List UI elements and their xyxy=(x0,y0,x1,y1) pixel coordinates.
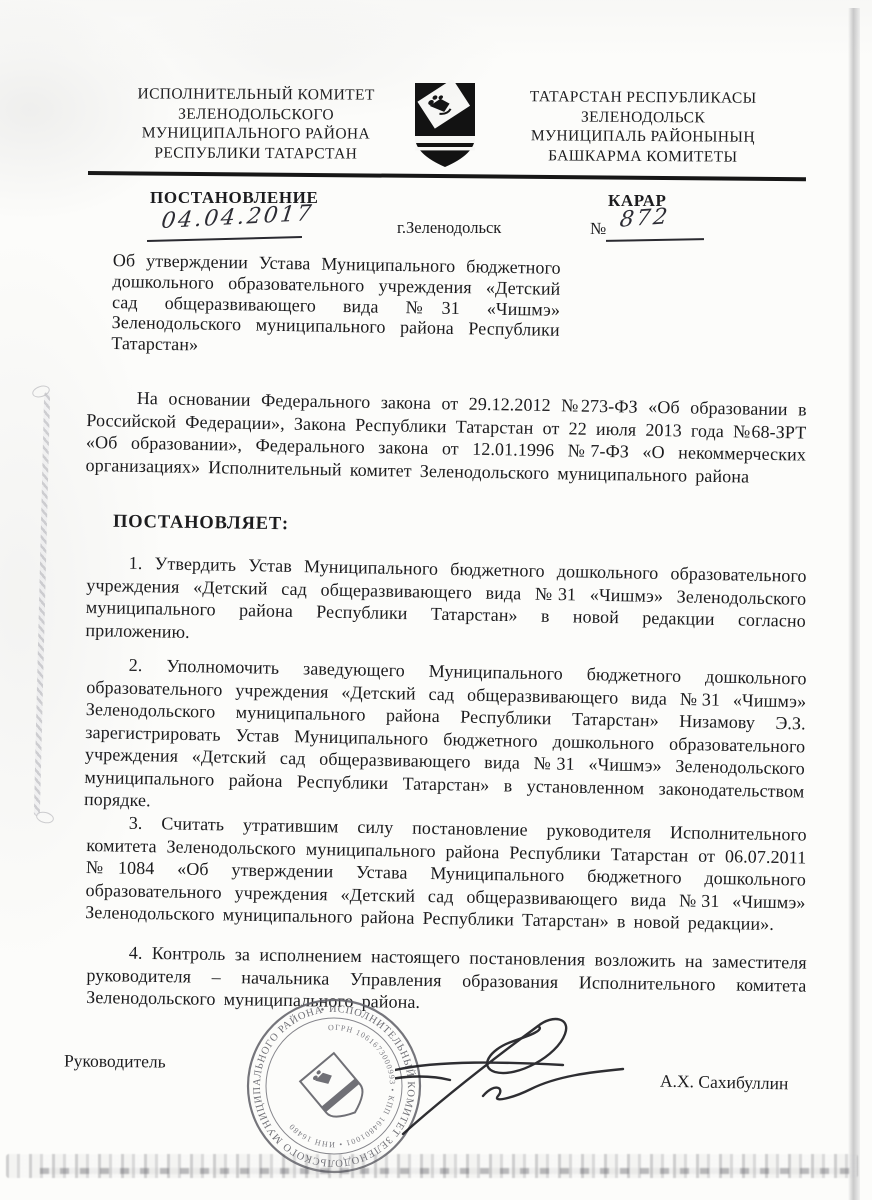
right-edge-scan-shadow xyxy=(848,8,860,1200)
number-underline xyxy=(606,238,704,242)
coat-of-arms-icon xyxy=(412,80,478,175)
signature xyxy=(395,1012,705,1152)
resolution-item-1: 1. Утвердить Устав Муниципального бюджет… xyxy=(85,551,807,655)
number-sign: № xyxy=(590,219,606,239)
bottom-scan-noise-line xyxy=(40,1168,850,1174)
signatory-position: Руководитель xyxy=(64,1050,166,1072)
resolves-heading: ПОСТАНОВЛЯЕТ: xyxy=(113,512,289,535)
preamble-paragraph: На основании Федерального закона от 29.1… xyxy=(85,386,806,489)
city-label: г.Зеленодольск xyxy=(397,218,501,238)
scanned-document-page: ИСПОЛНИТЕЛЬНЫЙ КОМИТЕТ ЗЕЛЕНОДОЛЬСКОГО М… xyxy=(0,0,872,1200)
title-paragraph: Об утверждении Устава Муниципального бюд… xyxy=(111,250,561,362)
thread-knot-bottom xyxy=(35,810,55,825)
resolution-item-4: 4. Контроль за исполнением настоящего по… xyxy=(86,941,807,1019)
date-underline xyxy=(147,236,302,242)
stamp-coat-of-arms xyxy=(300,1053,372,1126)
resolution-item-3: 3. Считать утратившим силу постановление… xyxy=(85,811,807,936)
letterhead-org-russian: ИСПОЛНИТЕЛЬНЫЙ КОМИТЕТ ЗЕЛЕНОДОЛЬСКОГО М… xyxy=(108,84,404,164)
bottom-scan-noise xyxy=(6,1154,858,1178)
resolution-item-2: 2. Уполномочить заведующего Муниципально… xyxy=(84,653,807,825)
letterhead-org-tatar: ТАТАРСТАН РЕСПУБЛИКАСЫ ЗЕЛЕНОДОЛЬСК МУНИ… xyxy=(498,87,789,167)
binding-thread xyxy=(34,392,50,816)
handwritten-number: 872 xyxy=(618,204,671,232)
